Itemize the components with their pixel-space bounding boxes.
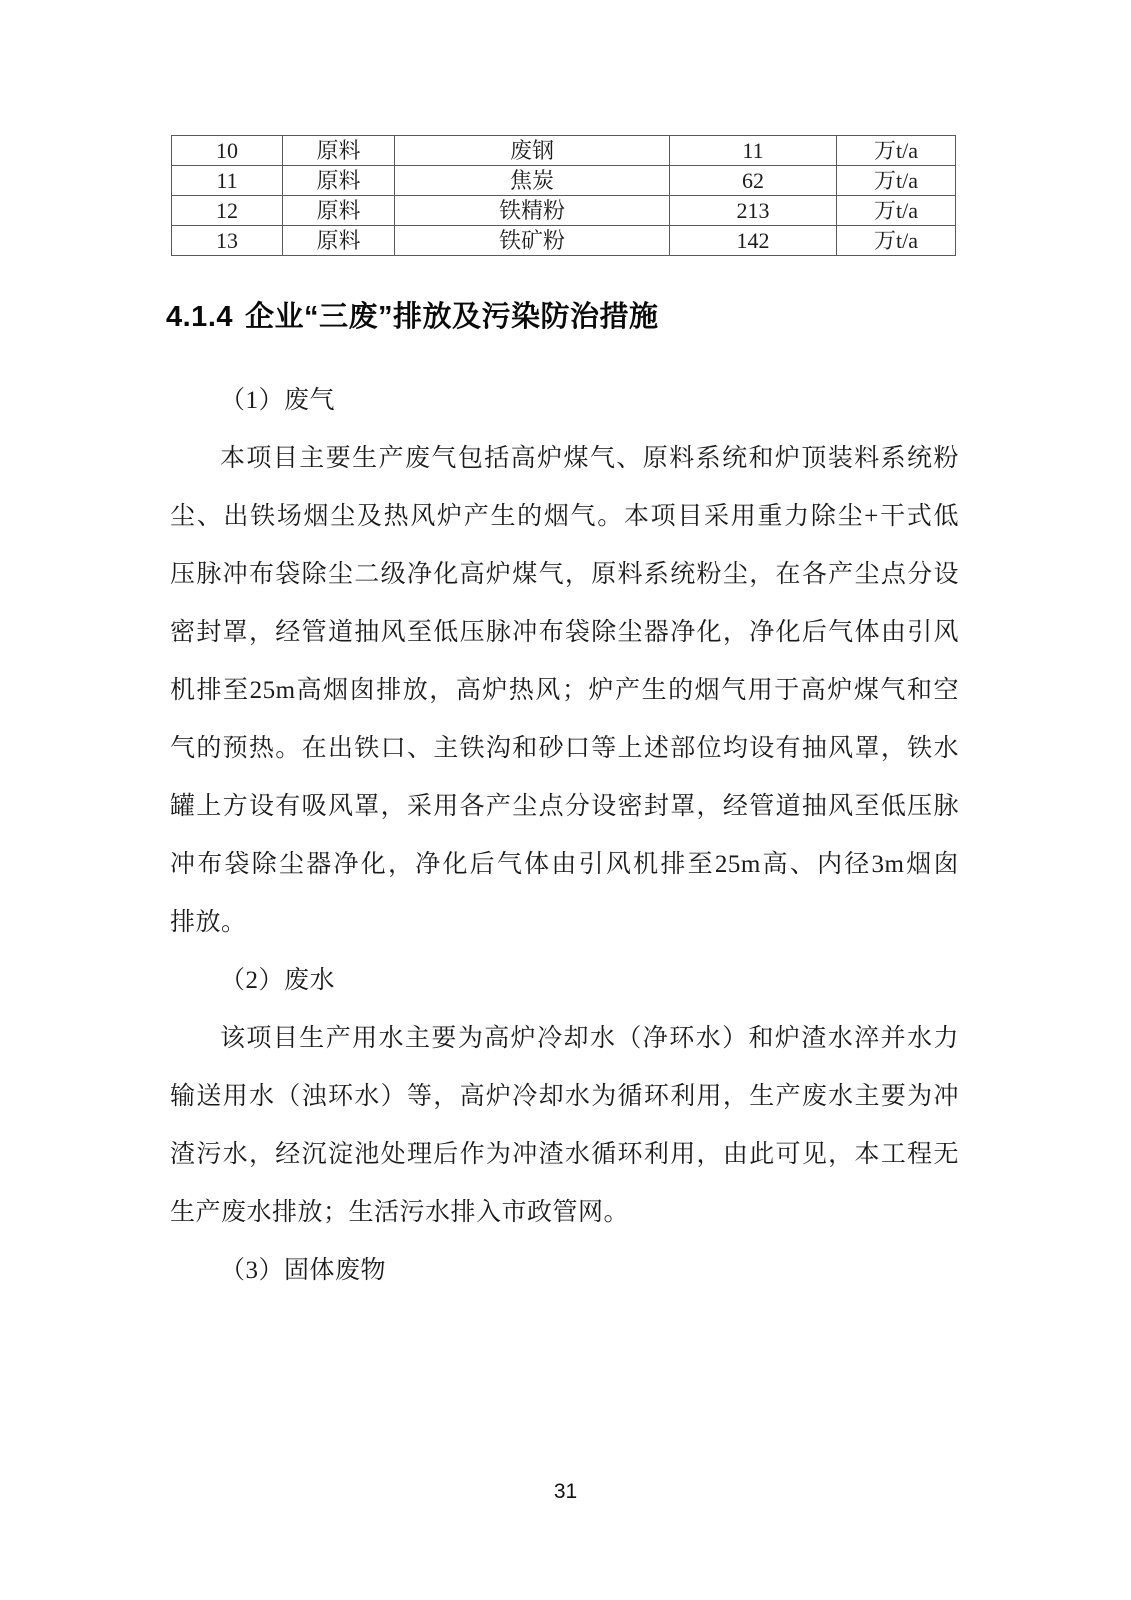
cell-value: 11 [670,136,837,166]
cell-no: 10 [172,136,283,166]
cell-name: 焦炭 [395,166,670,196]
body-line: 压脉冲布袋除尘二级净化高炉煤气，原料系统粉尘，在各产尘点分设 [170,546,959,604]
cell-value: 213 [670,196,837,226]
body-text: （1）废气 本项目主要生产废气包括高炉煤气、原料系统和炉顶装料系统粉 尘、出铁场… [170,372,959,1300]
cell-unit: 万t/a [837,166,956,196]
table-row: 11 原料 焦炭 62 万t/a [172,166,956,196]
section-number: 4.1.4 [166,301,233,333]
body-line: 机排至25m高烟囱排放，高炉热风；炉产生的烟气用于高炉煤气和空 [170,662,959,720]
table-row: 12 原料 铁精粉 213 万t/a [172,196,956,226]
section-title: 企业“三废”排放及污染防治措施 [245,301,659,333]
body-line: 本项目主要生产废气包括高炉煤气、原料系统和炉顶装料系统粉 [170,430,959,488]
body-line: 渣污水，经沉淀池处理后作为冲渣水循环利用，由此可见，本工程无 [170,1126,959,1184]
materials-table: 10 原料 废钢 11 万t/a 11 原料 焦炭 62 万t/a 12 原料 … [171,135,956,256]
cell-name: 铁矿粉 [395,226,670,256]
document-page: 10 原料 废钢 11 万t/a 11 原料 焦炭 62 万t/a 12 原料 … [0,0,1131,1600]
body-line: 罐上方设有吸风罩，采用各产尘点分设密封罩，经管道抽风至低压脉 [170,778,959,836]
body-line: 密封罩，经管道抽风至低压脉冲布袋除尘器净化，净化后气体由引风 [170,604,959,662]
body-line: 排放。 [170,894,959,952]
subsection-label-waste-water: （2）废水 [170,952,959,1010]
cell-name: 铁精粉 [395,196,670,226]
body-line: 生产废水排放；生活污水排入市政管网。 [170,1184,959,1242]
body-line: 输送用水（浊环水）等，高炉冷却水为循环利用，生产废水主要为冲 [170,1068,959,1126]
table-row: 10 原料 废钢 11 万t/a [172,136,956,166]
cell-unit: 万t/a [837,136,956,166]
cell-no: 13 [172,226,283,256]
subsection-label-solid-waste: （3）固体废物 [170,1242,959,1300]
body-line: 气的预热。在出铁口、主铁沟和砂口等上述部位均设有抽风罩，铁水 [170,720,959,778]
cell-no: 11 [172,166,283,196]
cell-value: 62 [670,166,837,196]
table-row: 13 原料 铁矿粉 142 万t/a [172,226,956,256]
section-heading: 4.1.4企业“三废”排放及污染防治措施 [166,294,659,335]
cell-category: 原料 [283,166,395,196]
cell-unit: 万t/a [837,226,956,256]
body-line: 冲布袋除尘器净化，净化后气体由引风机排至25m高、内径3m烟囱 [170,836,959,894]
cell-name: 废钢 [395,136,670,166]
cell-category: 原料 [283,226,395,256]
cell-unit: 万t/a [837,196,956,226]
cell-no: 12 [172,196,283,226]
body-line: 该项目生产用水主要为高炉冷却水（净环水）和炉渣水淬并水力 [170,1010,959,1068]
page-number: 31 [0,1480,1131,1504]
subsection-label-waste-gas: （1）废气 [170,372,959,430]
cell-value: 142 [670,226,837,256]
cell-category: 原料 [283,136,395,166]
body-line: 尘、出铁场烟尘及热风炉产生的烟气。本项目采用重力除尘+干式低 [170,488,959,546]
cell-category: 原料 [283,196,395,226]
